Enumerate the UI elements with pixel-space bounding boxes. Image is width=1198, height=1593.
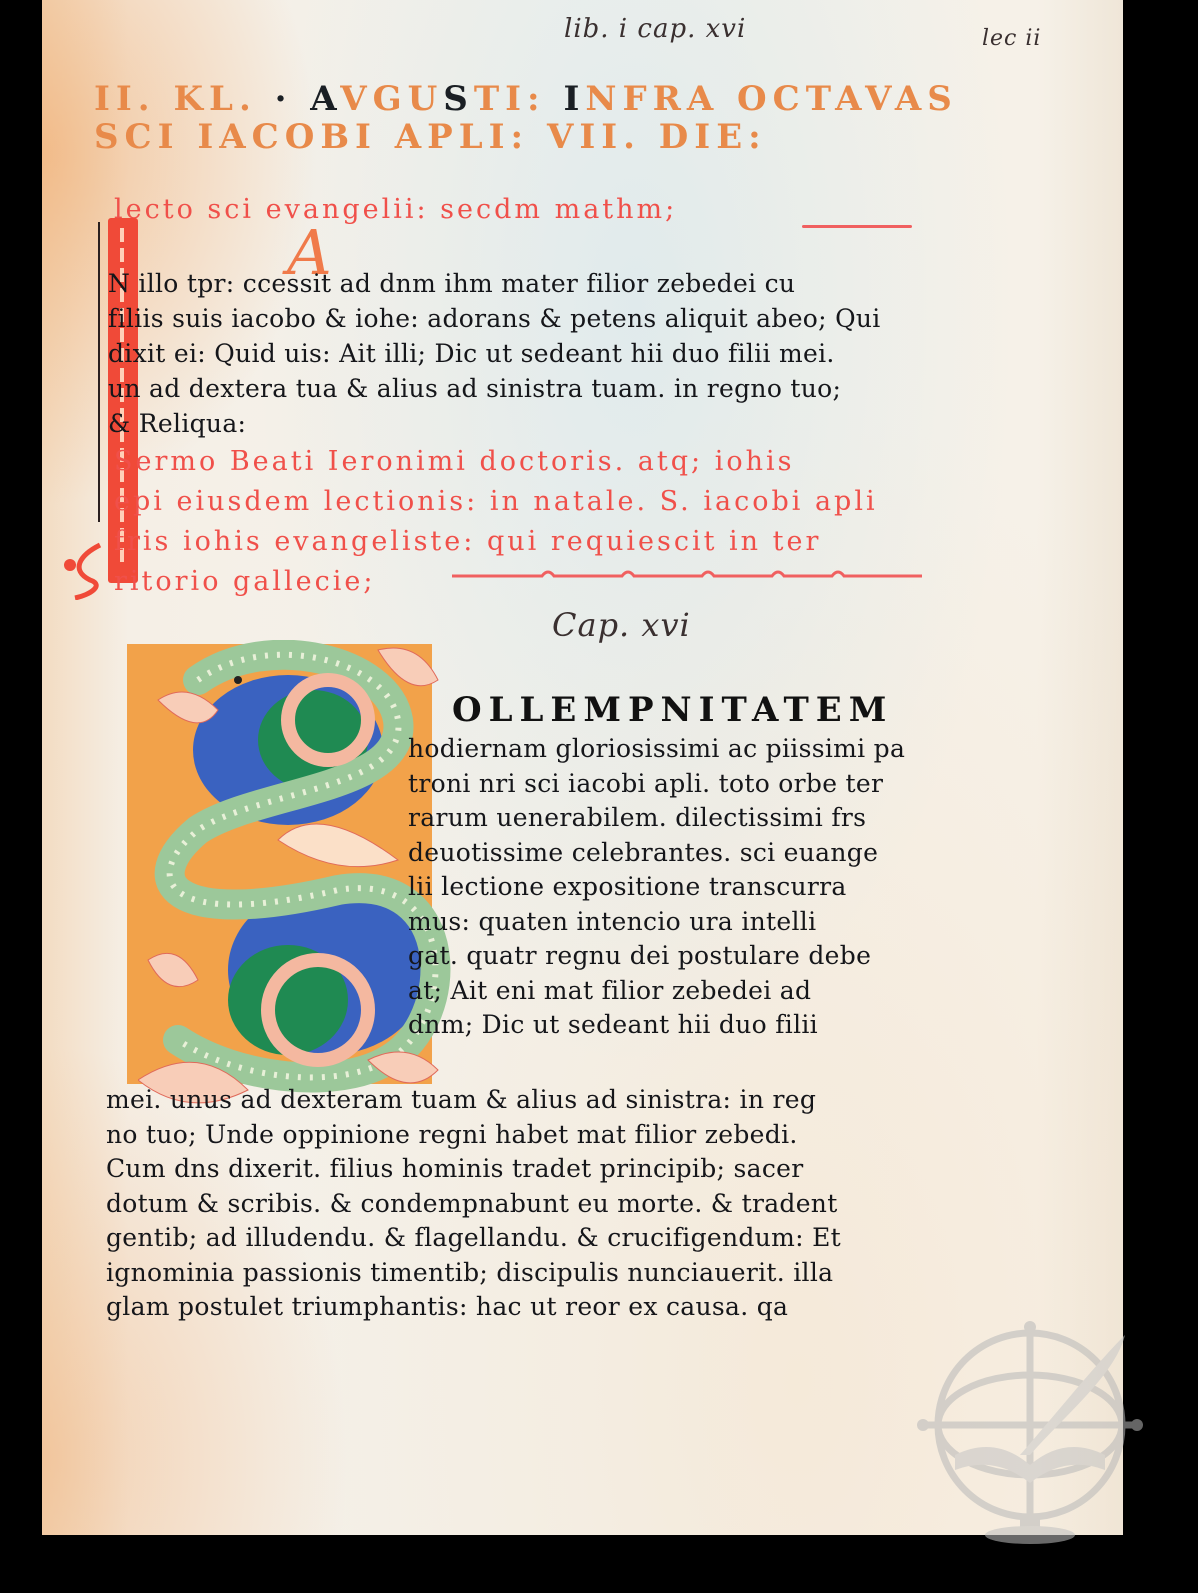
text-line: N illo tpr: ccessit ad dnm ihm mater fil…: [108, 266, 881, 301]
text-line: mus: quaten intencio ura intelli: [408, 905, 905, 940]
text-line: filiis suis iacobo & iohe: adorans & pet…: [108, 301, 881, 336]
text-line: dnm; Dic ut sedeant hii duo filii: [408, 1008, 905, 1043]
text-line: un ad dextera tua & alius ad sinistra tu…: [108, 371, 881, 406]
margin-note-lection: lec ii: [982, 26, 1041, 51]
text-line: dotum & scribis. & condempnabunt eu mort…: [106, 1187, 841, 1222]
sermon-text-full: mei. unus ad dexteram tuam & alius ad si…: [106, 1083, 841, 1325]
text-line: deuotissime celebrantes. sci euange: [408, 836, 905, 871]
text-line: troni nri sci iacobi apli. toto orbe ter: [408, 767, 905, 802]
heading-line-1: II. KL. · AVGUSTI: INFRA OCTAVAS: [94, 80, 958, 118]
text-line: gat. quatr regnu dei postulare debe: [408, 939, 905, 974]
opening-words: OLLEMPNITATEM: [452, 690, 893, 730]
rubric-line-filler: [802, 225, 912, 228]
text-line: ignominia passionis timentib; discipulis…: [106, 1256, 841, 1291]
margin-note-chapter: lib. i cap. xvi: [564, 14, 746, 44]
text-line: hodiernam gloriosissimi ac piissimi pa: [408, 732, 905, 767]
heading-line-2: SCI IACOBI APLI: VII. DIE:: [94, 118, 767, 156]
text-line: gentib; ad illudendu. & flagellandu. & c…: [106, 1221, 841, 1256]
lectio-title: lecto sci evangelii: secdm mathm;: [114, 190, 677, 230]
text-line: dixit ei: Quid uis: Ait illi; Dic ut sed…: [108, 336, 881, 371]
rubric-line: epi eiusdem lectionis: in natale. S. iac…: [114, 482, 878, 522]
text-line: at; Ait eni mat filior zebedei ad: [408, 974, 905, 1009]
rubric-wave-filler: [452, 566, 922, 582]
text-line: Cum dns dixerit. filius hominis tradet p…: [106, 1152, 841, 1187]
initial-flourish-icon: [60, 540, 120, 600]
text-line: no tuo; Unde oppinione regni habet mat f…: [106, 1118, 841, 1153]
sermon-text-narrow: hodiernam gloriosissimi ac piissimi pa t…: [408, 732, 905, 1043]
text-line: mei. unus ad dexteram tuam & alius ad si…: [106, 1083, 841, 1118]
rubric-line: Sermo Beati Ieronimi doctoris. atq; iohi…: [114, 442, 878, 482]
text-line: & Reliqua:: [108, 406, 881, 441]
chapter-label: Cap. xvi: [552, 606, 691, 644]
text-line: lii lectione expositione transcurra: [408, 870, 905, 905]
globe-quill-book-icon: [915, 1305, 1155, 1550]
text-line: rarum uenerabilem. dilectissimi frs: [408, 801, 905, 836]
text-line: glam postulet triumphantis: hac ut reor …: [106, 1290, 841, 1325]
rubric-line: fris iohis evangeliste: qui requiescit i…: [114, 522, 878, 562]
gospel-text-block: N illo tpr: ccessit ad dnm ihm mater fil…: [108, 266, 881, 441]
